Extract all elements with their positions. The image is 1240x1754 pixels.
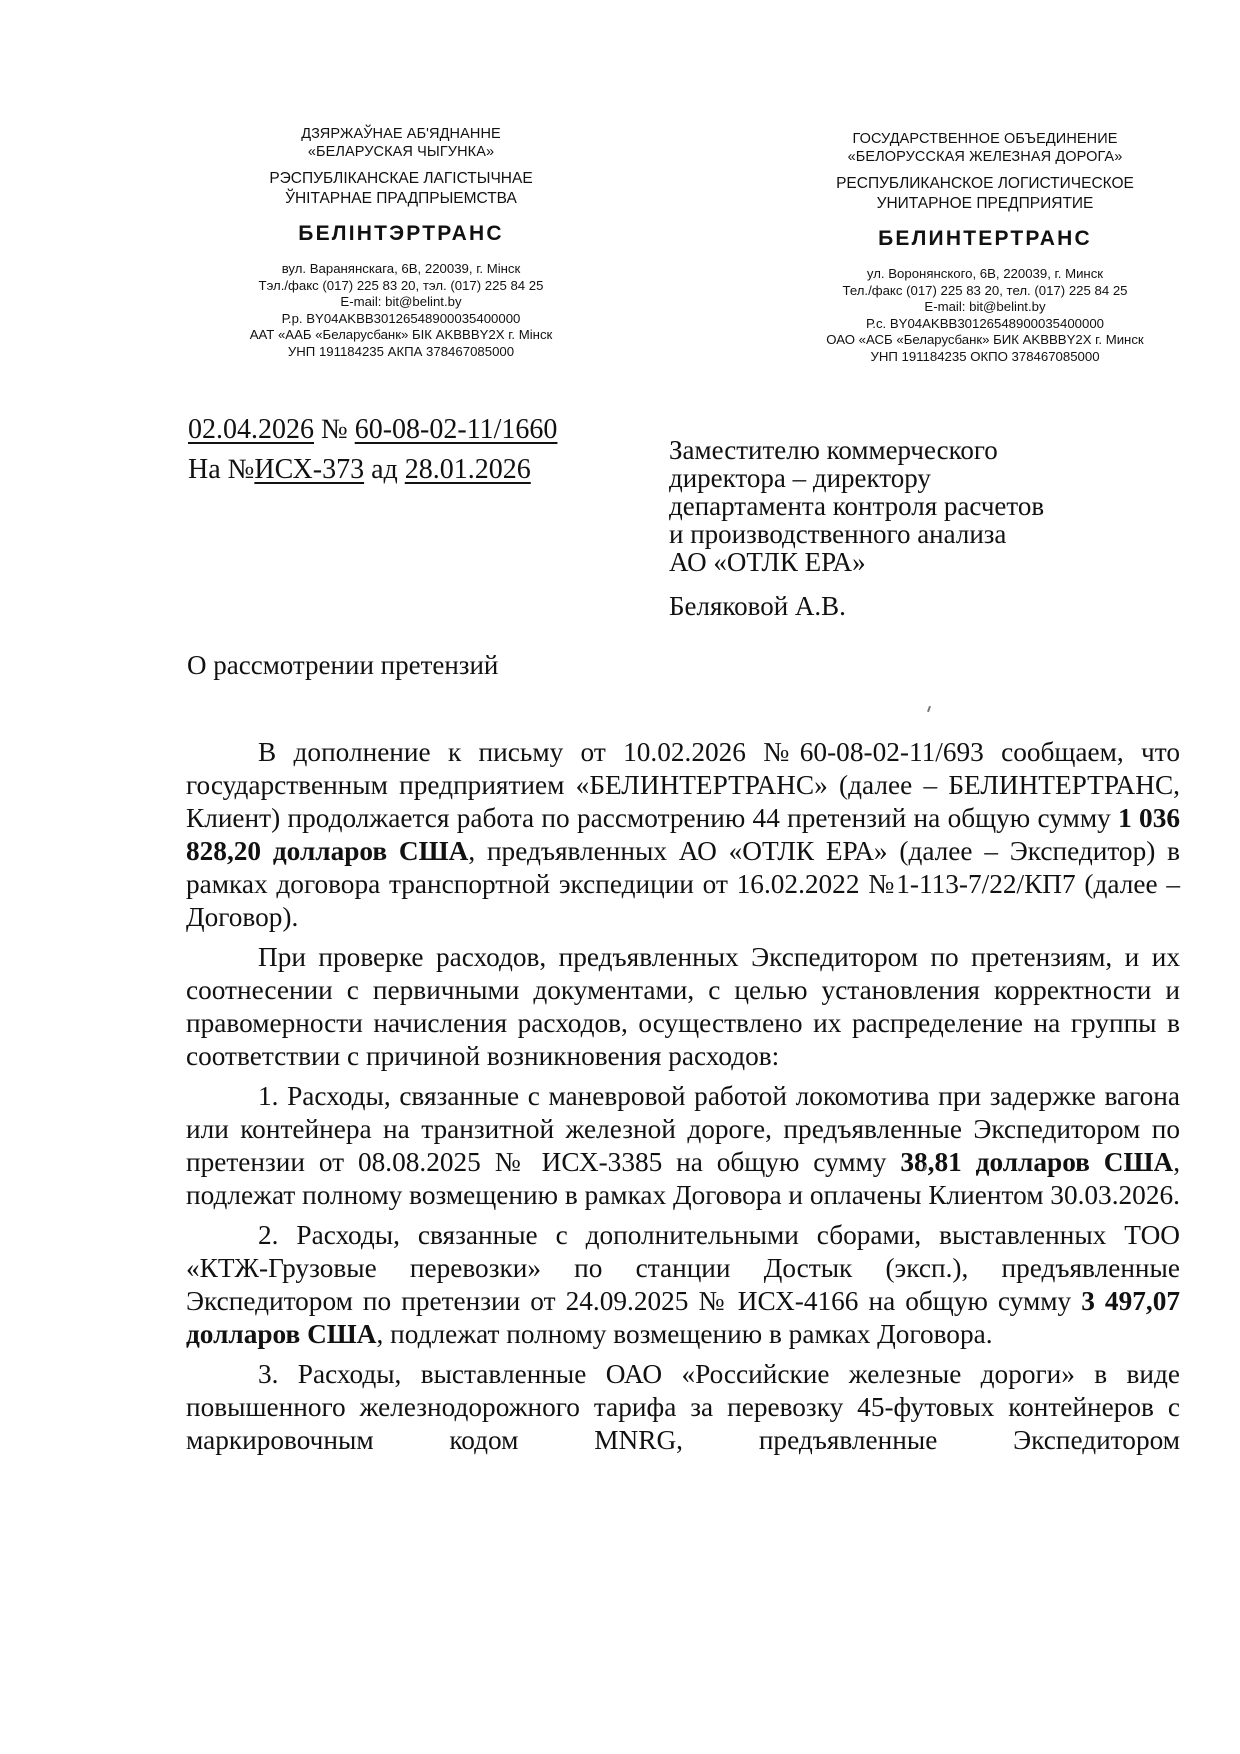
parent-org-name: ДЗЯРЖАЎНАЕ АБ'ЯДНАННЕ «БЕЛАРУСКАЯ ЧЫГУНК…	[196, 125, 606, 161]
company-brand: БЕЛІНТЭРТРАНС	[196, 221, 606, 247]
parent-org-name: ГОСУДАРСТВЕННОЕ ОБЪЕДИНЕНИЕ «БЕЛОРУССКАЯ…	[790, 130, 1180, 166]
bank-name: ААТ «ААБ «Беларусбанк» БІК AKBBBY2X г. М…	[196, 327, 606, 344]
group-1-amount: 38,81 долларов США	[900, 1147, 1173, 1177]
expense-group-2: 2. Расходы, связанные с дополнительными …	[186, 1219, 1180, 1351]
company-contacts: вул. Варанянскага, 6В, 220039, г. Мінск …	[196, 261, 606, 360]
letter-number-line: 02.04.2026 № 60-08-02-11/1660	[188, 410, 557, 450]
company-contacts: ул. Воронянского, 6В, 220039, г. Минск Т…	[790, 266, 1180, 365]
outgoing-reference: 02.04.2026 № 60-08-02-11/1660 На №ИСХ-37…	[188, 410, 557, 490]
addressee-block: Заместителю коммерческого директора – ди…	[669, 436, 1139, 620]
paragraph-method: При проверке расходов, предъявленных Экс…	[186, 941, 1180, 1073]
phone: Тел./факс (017) 225 83 20, тел. (017) 22…	[790, 283, 1180, 300]
bank-name: ОАО «АСБ «Беларусбанк» БИК AKBBBY2X г. М…	[790, 332, 1180, 349]
letter-body: В дополнение к письму от 10.02.2026 №60-…	[186, 736, 1180, 1457]
letter-date: 02.04.2026	[188, 414, 314, 445]
enterprise-type: РЕСПУБЛИКАНСКОЕ ЛОГИСТИЧЕСКОЕ УНИТАРНОЕ …	[790, 174, 1180, 214]
letter-number: 60-08-02-11/1660	[355, 414, 558, 445]
bank-account: Р.р. BY04AKBB30126548900035400000	[196, 311, 606, 328]
letter-page: ДЗЯРЖАЎНАЕ АБ'ЯДНАННЕ «БЕЛАРУСКАЯ ЧЫГУНК…	[0, 0, 1240, 1754]
email: E-mail: bit@belint.by	[196, 294, 606, 311]
scan-speck	[927, 706, 931, 712]
registration-ids: УНП 191184235 АКПА 378467085000	[196, 344, 606, 361]
email: E-mail: bit@belint.by	[790, 299, 1180, 316]
letter-subject: О рассмотрении претензий	[187, 650, 498, 681]
addressee-name: Беляковой А.В.	[669, 592, 1139, 620]
expense-group-1: 1. Расходы, связанные с маневровой работ…	[186, 1080, 1180, 1212]
address: вул. Варанянскага, 6В, 220039, г. Мінск	[196, 261, 606, 278]
reply-date: 28.01.2026	[405, 454, 531, 485]
company-brand: БЕЛИНТЕРТРАНС	[790, 226, 1180, 252]
reply-reference-line: На №ИСХ-373 ад 28.01.2026	[188, 450, 557, 490]
letterhead-belarusian: ДЗЯРЖАЎНАЕ АБ'ЯДНАННЕ «БЕЛАРУСКАЯ ЧЫГУНК…	[196, 125, 606, 360]
letterhead-russian: ГОСУДАРСТВЕННОЕ ОБЪЕДИНЕНИЕ «БЕЛОРУССКАЯ…	[790, 130, 1180, 365]
address: ул. Воронянского, 6В, 220039, г. Минск	[790, 266, 1180, 283]
phone: Тэл./факс (017) 225 83 20, тэл. (017) 22…	[196, 278, 606, 295]
expense-group-3: 3. Расходы, выставленные ОАО «Российские…	[186, 1358, 1180, 1457]
reply-number: ИСХ-373	[254, 454, 364, 485]
paragraph-intro: В дополнение к письму от 10.02.2026 №60-…	[186, 736, 1180, 934]
enterprise-type: РЭСПУБЛІКАНСКАЕ ЛАГІСТЫЧНАЕ ЎНІТАРНАЕ ПР…	[196, 169, 606, 209]
registration-ids: УНП 191184235 ОКПО 378467085000	[790, 349, 1180, 366]
bank-account: Р.с. BY04AKBB30126548900035400000	[790, 316, 1180, 333]
